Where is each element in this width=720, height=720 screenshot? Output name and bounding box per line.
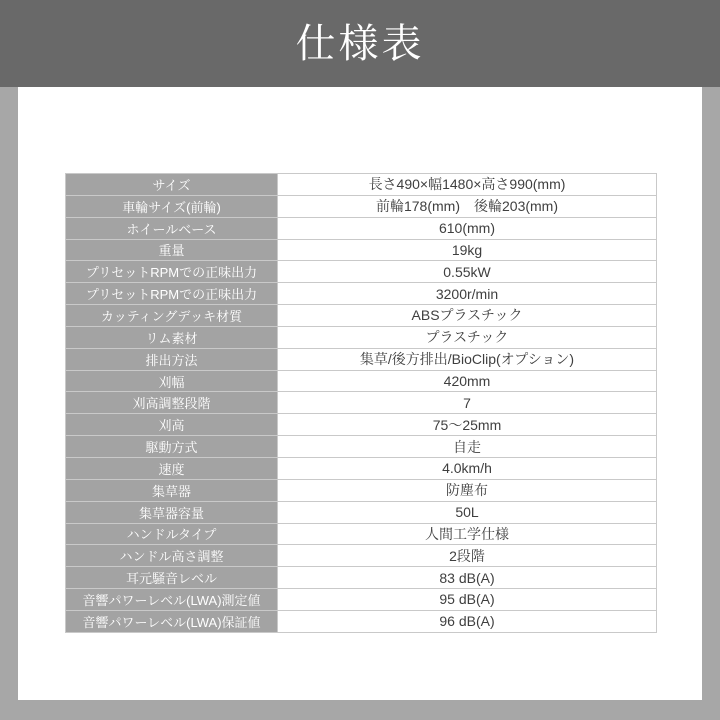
spec-table: サイズ 長さ490×幅1480×高さ990(mm) 車輪サイズ(前輪) 前輪17… xyxy=(65,173,657,633)
spec-label-cell: 駆動方式 xyxy=(66,436,278,458)
spec-value-cell: 7 xyxy=(278,392,657,414)
spec-value-cell: 防塵布 xyxy=(278,479,657,501)
spec-row: 刈幅 420mm xyxy=(66,370,657,392)
spec-value-cell: ABSプラスチック xyxy=(278,305,657,327)
spec-label-cell: 速度 xyxy=(66,457,278,479)
spec-row: ハンドルタイプ 人間工学仕様 xyxy=(66,523,657,545)
spec-row: 音響パワーレベル(LWA)測定値 95 dB(A) xyxy=(66,589,657,611)
spec-label-cell: 集草器容量 xyxy=(66,501,278,523)
spec-value-cell: 19kg xyxy=(278,239,657,261)
spec-row: サイズ 長さ490×幅1480×高さ990(mm) xyxy=(66,174,657,196)
spec-label-cell: 車輪サイズ(前輪) xyxy=(66,195,278,217)
spec-row: 耳元騒音レベル 83 dB(A) xyxy=(66,567,657,589)
spec-label-cell: 重量 xyxy=(66,239,278,261)
spec-value-cell: 95 dB(A) xyxy=(278,589,657,611)
spec-label-cell: 刈高調整段階 xyxy=(66,392,278,414)
spec-value-cell: 50L xyxy=(278,501,657,523)
spec-value-cell: 420mm xyxy=(278,370,657,392)
spec-label-cell: ホイールベース xyxy=(66,217,278,239)
spec-row: 排出方法 集草/後方排出/BioClip(オプション) xyxy=(66,348,657,370)
spec-row: プリセットRPMでの正味出力 3200r/min xyxy=(66,283,657,305)
spec-label-cell: リム素材 xyxy=(66,326,278,348)
spec-row: プリセットRPMでの正味出力 0.55kW xyxy=(66,261,657,283)
spec-row: 刈高調整段階 7 xyxy=(66,392,657,414)
spec-value-cell: 長さ490×幅1480×高さ990(mm) xyxy=(278,174,657,196)
spec-value-cell: 0.55kW xyxy=(278,261,657,283)
spec-label-cell: プリセットRPMでの正味出力 xyxy=(66,283,278,305)
spec-label-cell: 排出方法 xyxy=(66,348,278,370)
spec-value-cell: 前輪178(mm) 後輪203(mm) xyxy=(278,195,657,217)
spec-value-cell: 4.0km/h xyxy=(278,457,657,479)
spec-value-cell: 3200r/min xyxy=(278,283,657,305)
spec-value-cell: 75～25mm xyxy=(278,414,657,436)
spec-row: カッティングデッキ材質 ABSプラスチック xyxy=(66,305,657,327)
spec-value-cell: 610(mm) xyxy=(278,217,657,239)
spec-row: 集草器容量 50L xyxy=(66,501,657,523)
spec-label-cell: 音響パワーレベル(LWA)測定値 xyxy=(66,589,278,611)
spec-label-cell: 刈高 xyxy=(66,414,278,436)
spec-row: 重量 19kg xyxy=(66,239,657,261)
spec-value-cell: 集草/後方排出/BioClip(オプション) xyxy=(278,348,657,370)
spec-row: 音響パワーレベル(LWA)保証値 96 dB(A) xyxy=(66,610,657,632)
spec-label-cell: ハンドルタイプ xyxy=(66,523,278,545)
page-title: 仕様表 xyxy=(296,24,425,64)
spec-row: 速度 4.0km/h xyxy=(66,457,657,479)
spec-label-cell: プリセットRPMでの正味出力 xyxy=(66,261,278,283)
spec-label-cell: 耳元騒音レベル xyxy=(66,567,278,589)
spec-table-body: サイズ 長さ490×幅1480×高さ990(mm) 車輪サイズ(前輪) 前輪17… xyxy=(66,174,657,633)
spec-row: 車輪サイズ(前輪) 前輪178(mm) 後輪203(mm) xyxy=(66,195,657,217)
spec-label-cell: サイズ xyxy=(66,174,278,196)
spec-value-cell: 人間工学仕様 xyxy=(278,523,657,545)
spec-label-cell: 音響パワーレベル(LWA)保証値 xyxy=(66,610,278,632)
spec-row: ホイールベース 610(mm) xyxy=(66,217,657,239)
spec-value-cell: 自走 xyxy=(278,436,657,458)
spec-value-cell: 96 dB(A) xyxy=(278,610,657,632)
spec-label-cell: 集草器 xyxy=(66,479,278,501)
content-panel: サイズ 長さ490×幅1480×高さ990(mm) 車輪サイズ(前輪) 前輪17… xyxy=(18,87,702,700)
spec-row: リム素材 プラスチック xyxy=(66,326,657,348)
spec-row: 集草器 防塵布 xyxy=(66,479,657,501)
spec-row: 刈高 75～25mm xyxy=(66,414,657,436)
spec-label-cell: 刈幅 xyxy=(66,370,278,392)
spec-row: ハンドル高さ調整 2段階 xyxy=(66,545,657,567)
header-banner: 仕様表 xyxy=(0,0,720,87)
spec-value-cell: 2段階 xyxy=(278,545,657,567)
spec-value-cell: 83 dB(A) xyxy=(278,567,657,589)
spec-label-cell: カッティングデッキ材質 xyxy=(66,305,278,327)
spec-label-cell: ハンドル高さ調整 xyxy=(66,545,278,567)
spec-row: 駆動方式 自走 xyxy=(66,436,657,458)
spec-value-cell: プラスチック xyxy=(278,326,657,348)
